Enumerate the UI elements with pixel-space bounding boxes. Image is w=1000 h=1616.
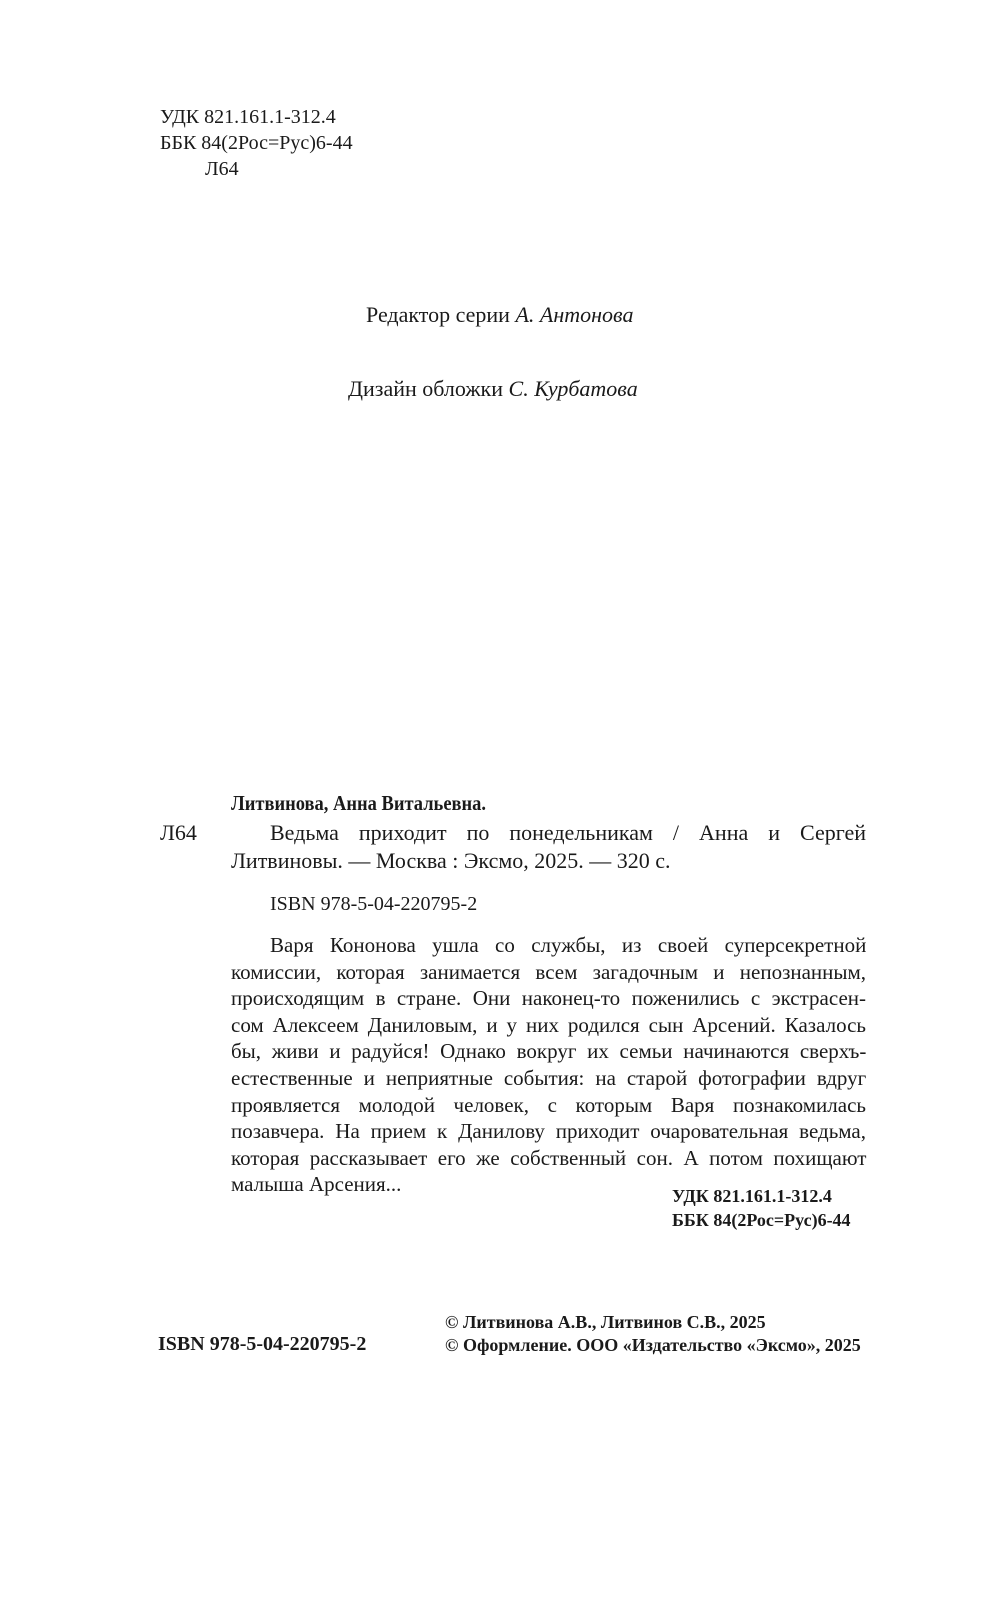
annotation: Варя Кононова ушла со службы, из своей с… <box>231 932 866 1198</box>
annotation-line: комиссии, которая занимается всем загадо… <box>231 959 866 986</box>
cover-design-name: С. Курбатова <box>509 376 638 401</box>
annotation-line: проявляется молодой человек, с которым В… <box>231 1092 866 1119</box>
author-mark: Л64 <box>160 156 353 182</box>
annotation-line: естественные и неприятные события: на ст… <box>231 1065 866 1092</box>
annotation-line: бы, живи и радуйся! Однако вокруг их сем… <box>231 1038 866 1065</box>
copyright-design: © Оформление. ООО «Издательство «Эксмо»,… <box>445 1334 861 1357</box>
bbk-code-bold: ББК 84(2Рос=Рус)6-44 <box>672 1208 851 1232</box>
bibliographic-description: Ведьма приходит по понедельникам / Анна … <box>231 819 866 875</box>
cover-design-credit: Дизайн обложки С. Курбатова <box>348 375 638 403</box>
classification-codes-footer: УДК 821.161.1-312.4 ББК 84(2Рос=Рус)6-44 <box>672 1184 851 1232</box>
copyright-authors: © Литвинова А.В., Литвинов С.В., 2025 <box>445 1311 861 1334</box>
isbn-imprint: ISBN 978-5-04-220795-2 <box>158 1331 366 1357</box>
classification-codes-header: УДК 821.161.1-312.4 ББК 84(2Рос=Рус)6-44… <box>160 104 353 182</box>
annotation-line: сом Алексеем Даниловым, и у них родился … <box>231 1012 866 1039</box>
isbn-record: ISBN 978-5-04-220795-2 <box>270 891 477 917</box>
annotation-line: которая рассказывает его же собственный … <box>231 1145 866 1172</box>
author-heading: Литвинова, Анна Витальевна. <box>231 789 486 817</box>
series-editor-credit: Редактор серии А. Антонова <box>366 301 633 329</box>
biblio-author-mark: Л64 <box>160 819 197 847</box>
annotation-line: позавчера. На прием к Данилову приходит … <box>231 1118 866 1145</box>
bbk-code: ББК 84(2Рос=Рус)6-44 <box>160 130 353 156</box>
annotation-line: Варя Кононова ушла со службы, из своей с… <box>231 932 866 959</box>
annotation-line: происходящим в стране. Они наконец-то по… <box>231 985 866 1012</box>
udk-code: УДК 821.161.1-312.4 <box>160 104 353 130</box>
udk-code-bold: УДК 821.161.1-312.4 <box>672 1184 851 1208</box>
copyright-block: © Литвинова А.В., Литвинов С.В., 2025 © … <box>445 1311 861 1357</box>
series-editor-name: А. Антонова <box>515 302 633 327</box>
series-editor-label: Редактор серии <box>366 302 515 327</box>
cover-design-label: Дизайн обложки <box>348 376 509 401</box>
